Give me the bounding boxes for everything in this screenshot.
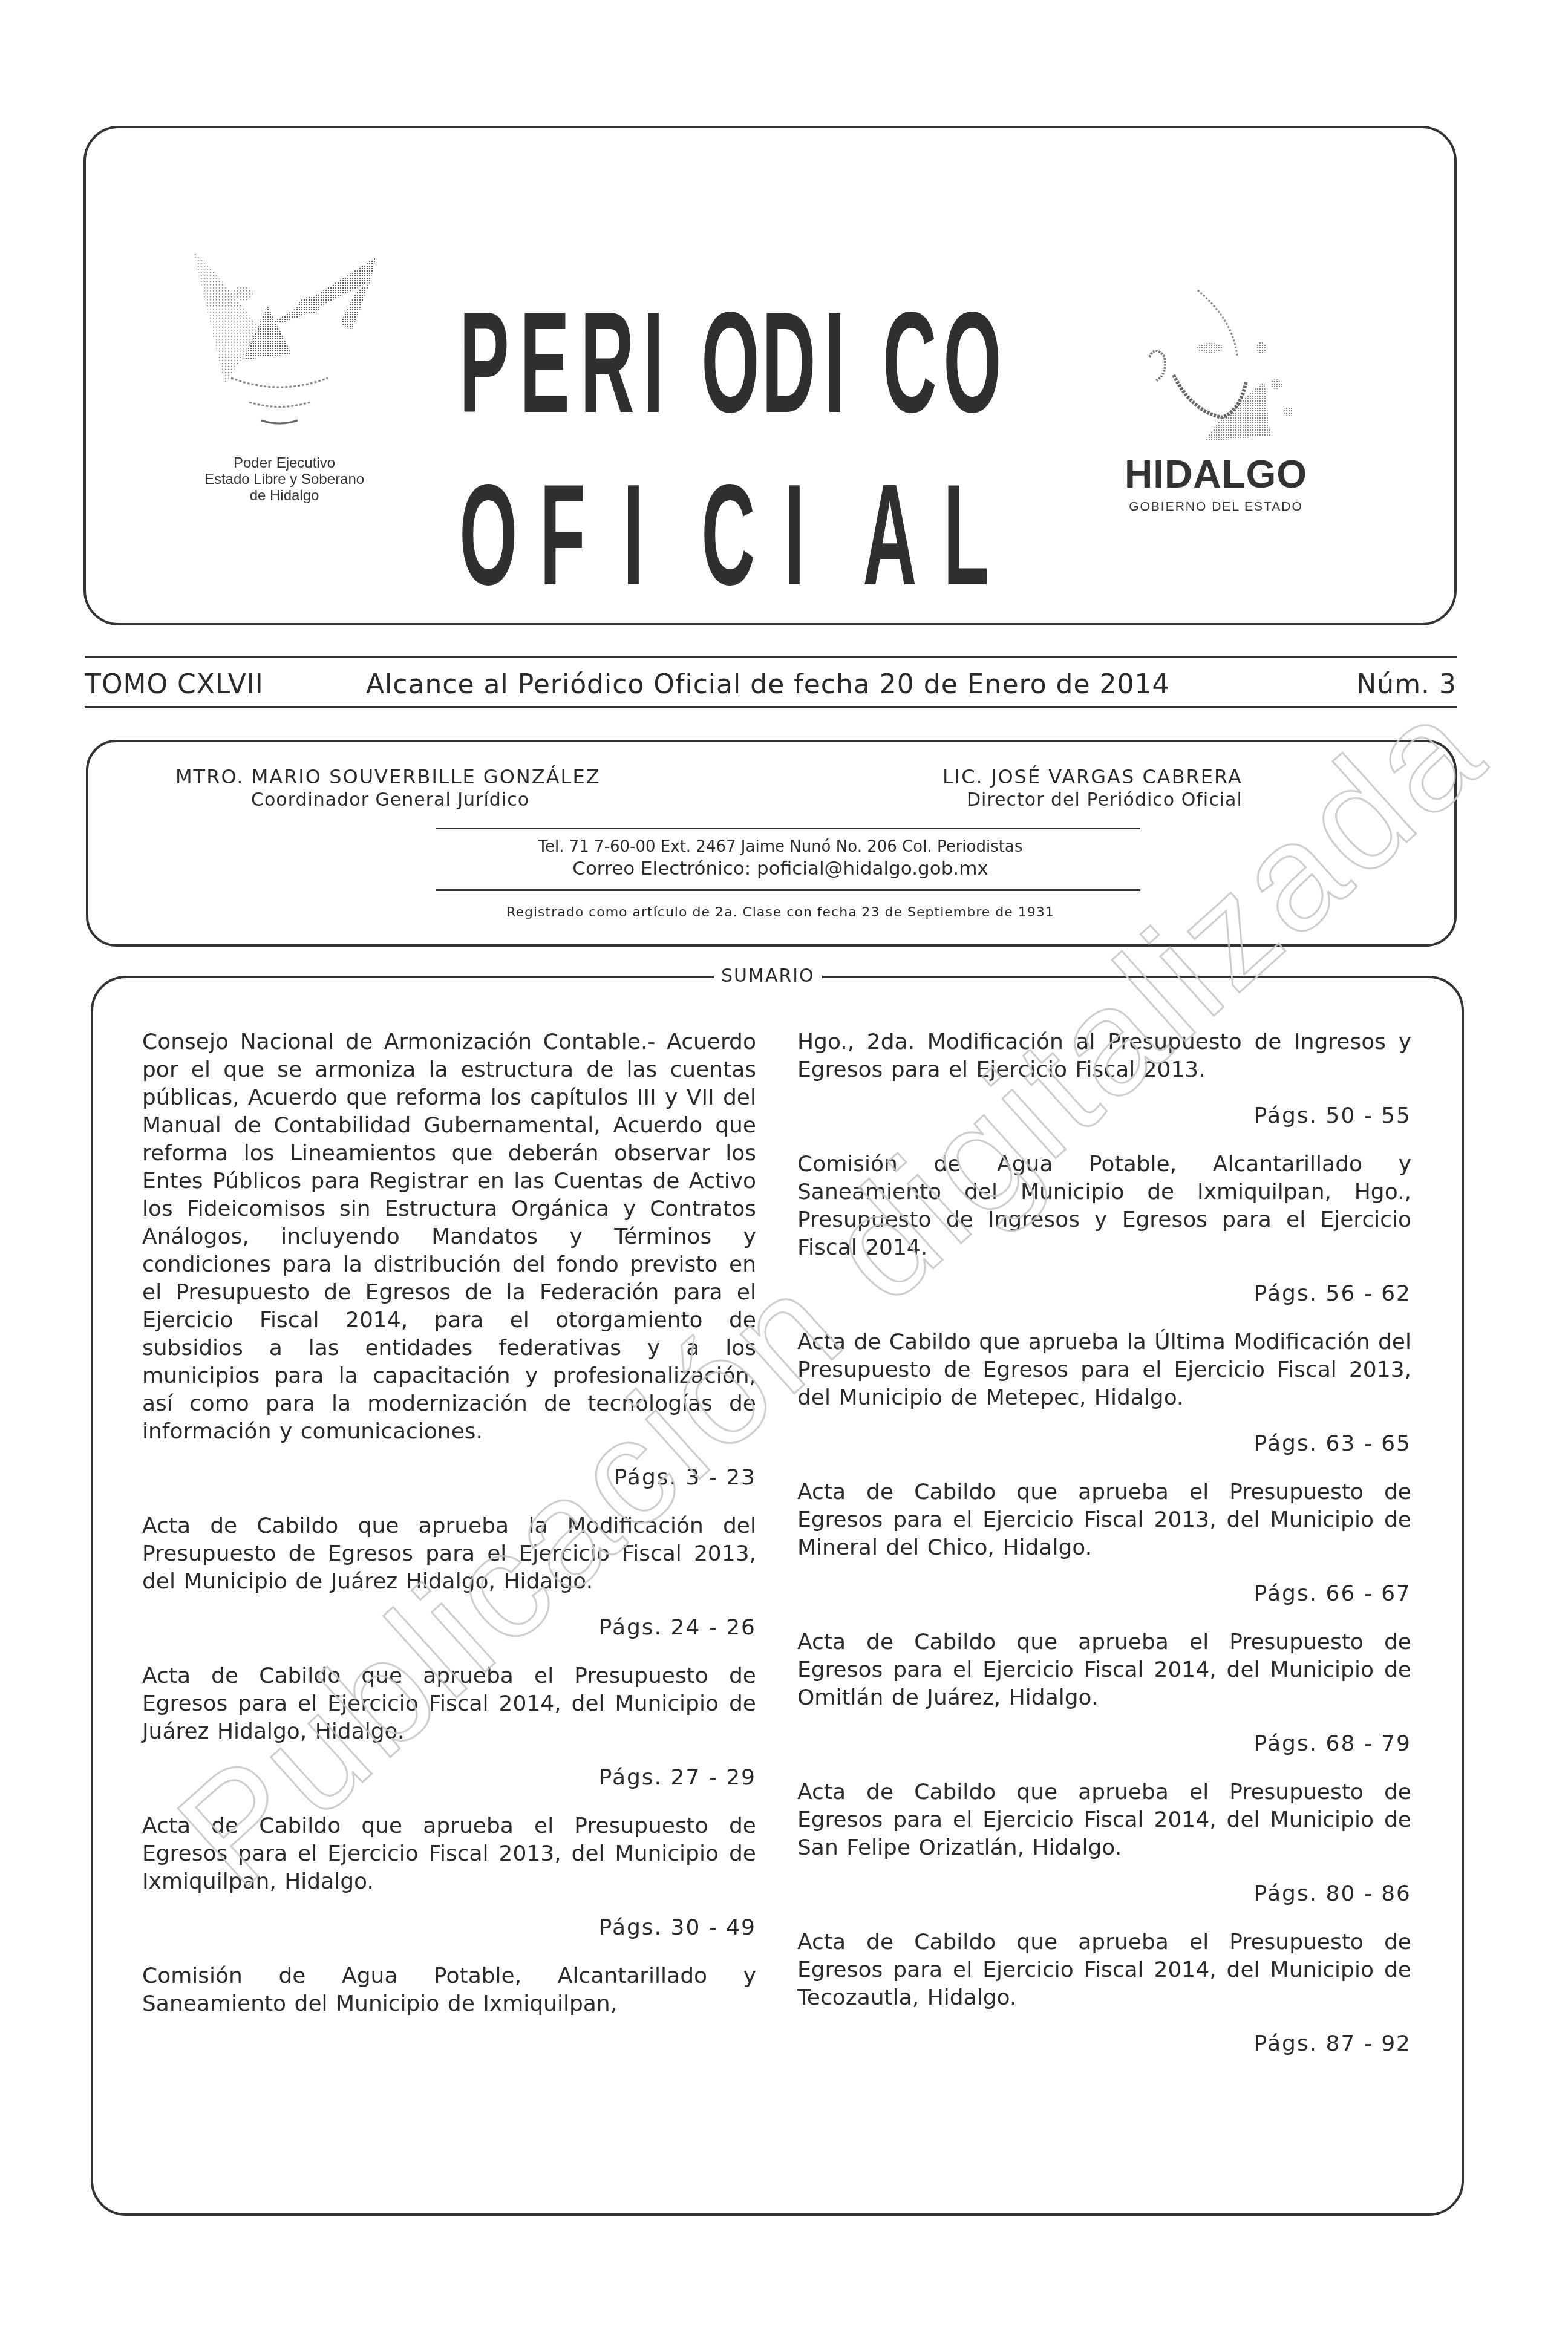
hidalgo-subtitle: GOBIERNO DEL ESTADO [1104, 500, 1328, 514]
sumario-pages: Págs. 66 - 67 [797, 1580, 1411, 1608]
official-right-role: Director del Periódico Oficial [967, 789, 1243, 811]
coat-caption-line: Estado Libre y Soberano [139, 471, 430, 488]
sumario-pages: Págs. 24 - 26 [142, 1614, 756, 1642]
divider [85, 656, 1457, 658]
official-right-name: LIC. JOSÉ VARGAS CABRERA [942, 765, 1243, 788]
hidalgo-portrait-icon [1083, 236, 1337, 466]
divider [436, 889, 1140, 891]
title-letter: I [621, 478, 646, 593]
title-letter: I [782, 478, 808, 593]
sumario-entry: Consejo Nacional de Armonización Contabl… [142, 1028, 756, 1446]
title-letter: L [943, 478, 969, 593]
sumario-pages: Págs. 27 - 29 [142, 1764, 756, 1792]
title-letter: C [883, 305, 908, 420]
sumario-entry: Acta de Cabildo que aprueba el Presupues… [142, 1812, 756, 1896]
sumario-right-column: Hgo., 2da. Modificación al Presupuesto d… [797, 1028, 1411, 2078]
sumario-entry: Comisión de Agua Potable, Alcantarillado… [142, 1962, 756, 2018]
title-letter: C [701, 478, 727, 593]
registration-line: Registrado como artículo de 2a. Clase co… [436, 905, 1125, 920]
tomo-label: TOMO CXLVII [85, 670, 264, 699]
sumario-entry: Acta de Cabildo que aprueba el Presupues… [797, 1928, 1411, 2012]
sumario-pages: Págs. 80 - 86 [797, 1880, 1411, 1908]
contact-line: Tel. 71 7-60-00 Ext. 2467 Jaime Nunó No.… [436, 838, 1125, 856]
title-letter: R [580, 305, 606, 420]
divider [85, 706, 1457, 708]
issue-number: Núm. 3 [1356, 670, 1457, 699]
title-oficial: OFICIAL [448, 478, 980, 593]
sumario-pages: Págs. 56 - 62 [797, 1280, 1411, 1308]
title-letter: A [863, 478, 888, 593]
sumario-pages: Págs. 30 - 49 [142, 1914, 756, 1942]
title-letter: E [520, 305, 545, 420]
title-letter: O [943, 305, 969, 420]
official-left-name: MTRO. MARIO SOUVERBILLE GONZÁLEZ [175, 765, 601, 788]
sumario-entry: Acta de Cabildo que aprueba la Modificac… [142, 1512, 756, 1596]
sumario-entry: Acta de Cabildo que aprueba el Presupues… [797, 1778, 1411, 1862]
title-letter: F [540, 478, 566, 593]
title-letter: I [822, 305, 848, 420]
coat-caption-line: de Hidalgo [139, 488, 430, 504]
title-letter: P [459, 305, 485, 420]
sumario-pages: Págs. 68 - 79 [797, 1730, 1411, 1758]
sumario-entry: Comisión de Agua Potable, Alcantarillado… [797, 1151, 1411, 1262]
title-letter: I [641, 305, 666, 420]
email-line: Correo Electrónico: poficial@hidalgo.gob… [436, 858, 1125, 880]
sumario-entry: Hgo., 2da. Modificación al Presupuesto d… [797, 1028, 1411, 1084]
title-periodico: PERIODICO [448, 305, 980, 420]
title-letter: O [701, 305, 727, 420]
sumario-pages: Págs. 87 - 92 [797, 2030, 1411, 2058]
sumario-entry: Acta de Cabildo que aprueba el Presupues… [797, 1628, 1411, 1712]
sumario-entry: Acta de Cabildo que aprueba el Presupues… [142, 1662, 756, 1746]
official-left-role: Coordinador General Jurídico [251, 789, 529, 811]
sumario-label: SUMARIO [714, 965, 822, 987]
issue-description: Alcance al Periódico Oficial de fecha 20… [366, 670, 1170, 699]
issue-bar: TOMO CXLVII Alcance al Periódico Oficial… [85, 670, 1457, 699]
divider [436, 828, 1140, 829]
sumario-left-column: Consejo Nacional de Armonización Contabl… [142, 1028, 756, 2018]
title-letter: O [459, 478, 485, 593]
coat-caption-line: Poder Ejecutivo [139, 455, 430, 471]
sumario-pages: Págs. 3 - 23 [142, 1464, 756, 1492]
sumario-entry: Acta de Cabildo que aprueba la Última Mo… [797, 1328, 1411, 1412]
hidalgo-wordmark: HIDALGO [1104, 455, 1328, 494]
coat-of-arms-icon [171, 239, 394, 433]
title-letter: D [762, 305, 787, 420]
sumario-entry: Acta de Cabildo que aprueba el Presupues… [797, 1478, 1411, 1562]
sumario-pages: Págs. 50 - 55 [797, 1102, 1411, 1130]
sumario-pages: Págs. 63 - 65 [797, 1430, 1411, 1458]
